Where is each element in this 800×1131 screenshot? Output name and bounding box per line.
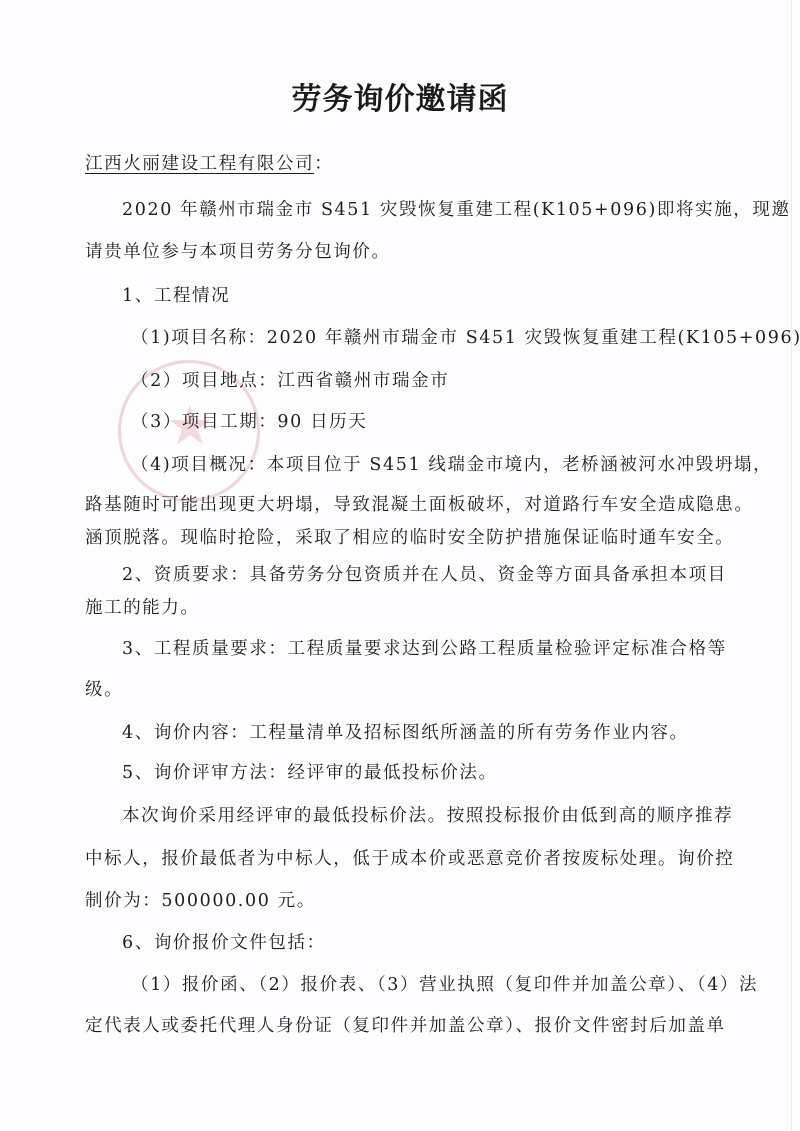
addressee-colon: ： — [314, 154, 333, 174]
section6-heading: 6、询价报价文件包括： — [122, 931, 762, 955]
addressee-company: 江西火丽建设工程有限公司 — [85, 154, 314, 174]
project-overview-line-1: （4)项目概况：本项目位于 S451 线瑞金市境内，老桥涵被河水冲毁坍塌， — [131, 453, 771, 477]
section5: 5、询价评审方法：经评审的最低投标价法。 — [122, 761, 762, 785]
evaluation-line-2: 中标人，报价最低者为中标人，低于成本价或恶意竞价者按废标处理。询价控 — [85, 847, 725, 871]
section2-line-1: 2、资质要求：具备劳务分包资质并在人员、资金等方面具备承担本项目 — [122, 563, 762, 587]
project-overview-line-3: 涵顶脱落。现临时抢险，采取了相应的临时安全防护措施保证临时通车安全。 — [85, 526, 725, 550]
project-name: （1)项目名称：2020 年赣州市瑞金市 S451 灾毁恢复重建工程(K105+… — [131, 326, 771, 350]
section1-heading: 1、工程情况 — [122, 284, 762, 308]
section4: 4、询价内容：工程量清单及招标图纸所涵盖的所有劳务作业内容。 — [122, 721, 762, 745]
section3-line-1: 3、工程质量要求：工程质量要求达到公路工程质量检验评定标准合格等 — [122, 637, 762, 661]
section6-line-1: （1）报价函、（2）报价表、（3）营业执照（复印件并加盖公章）、（4）法 — [131, 973, 771, 997]
evaluation-line-1: 本次询价采用经评审的最低投标价法。按照投标报价由低到高的顺序推荐 — [122, 804, 762, 828]
project-location: （2）项目地点：江西省赣州市瑞金市 — [131, 369, 771, 393]
addressee: 江西火丽建设工程有限公司： — [85, 152, 725, 176]
document-title: 劳务询价邀请函 — [0, 74, 800, 118]
project-overview-line-2: 路基随时可能出现更大坍塌，导致混凝土面板破坏，对道路行车安全造成隐患。 — [85, 493, 725, 517]
section6-line-2: 定代表人或委托代理人身份证（复印件并加盖公章）、报价文件密封后加盖单 — [85, 1014, 725, 1038]
project-duration: （3）项目工期：90 日历天 — [131, 410, 771, 434]
page-edge — [791, 0, 792, 1131]
section3-line-2: 级。 — [85, 678, 725, 702]
evaluation-line-3: 制价为：500000.00 元。 — [85, 889, 725, 913]
intro-line-2: 请贵单位参与本项目劳务分包询价。 — [85, 240, 725, 264]
intro-line-1: 2020 年赣州市瑞金市 S451 灾毁恢复重建工程(K105+096)即将实施… — [122, 198, 762, 222]
section2-line-2: 施工的能力。 — [85, 596, 725, 620]
